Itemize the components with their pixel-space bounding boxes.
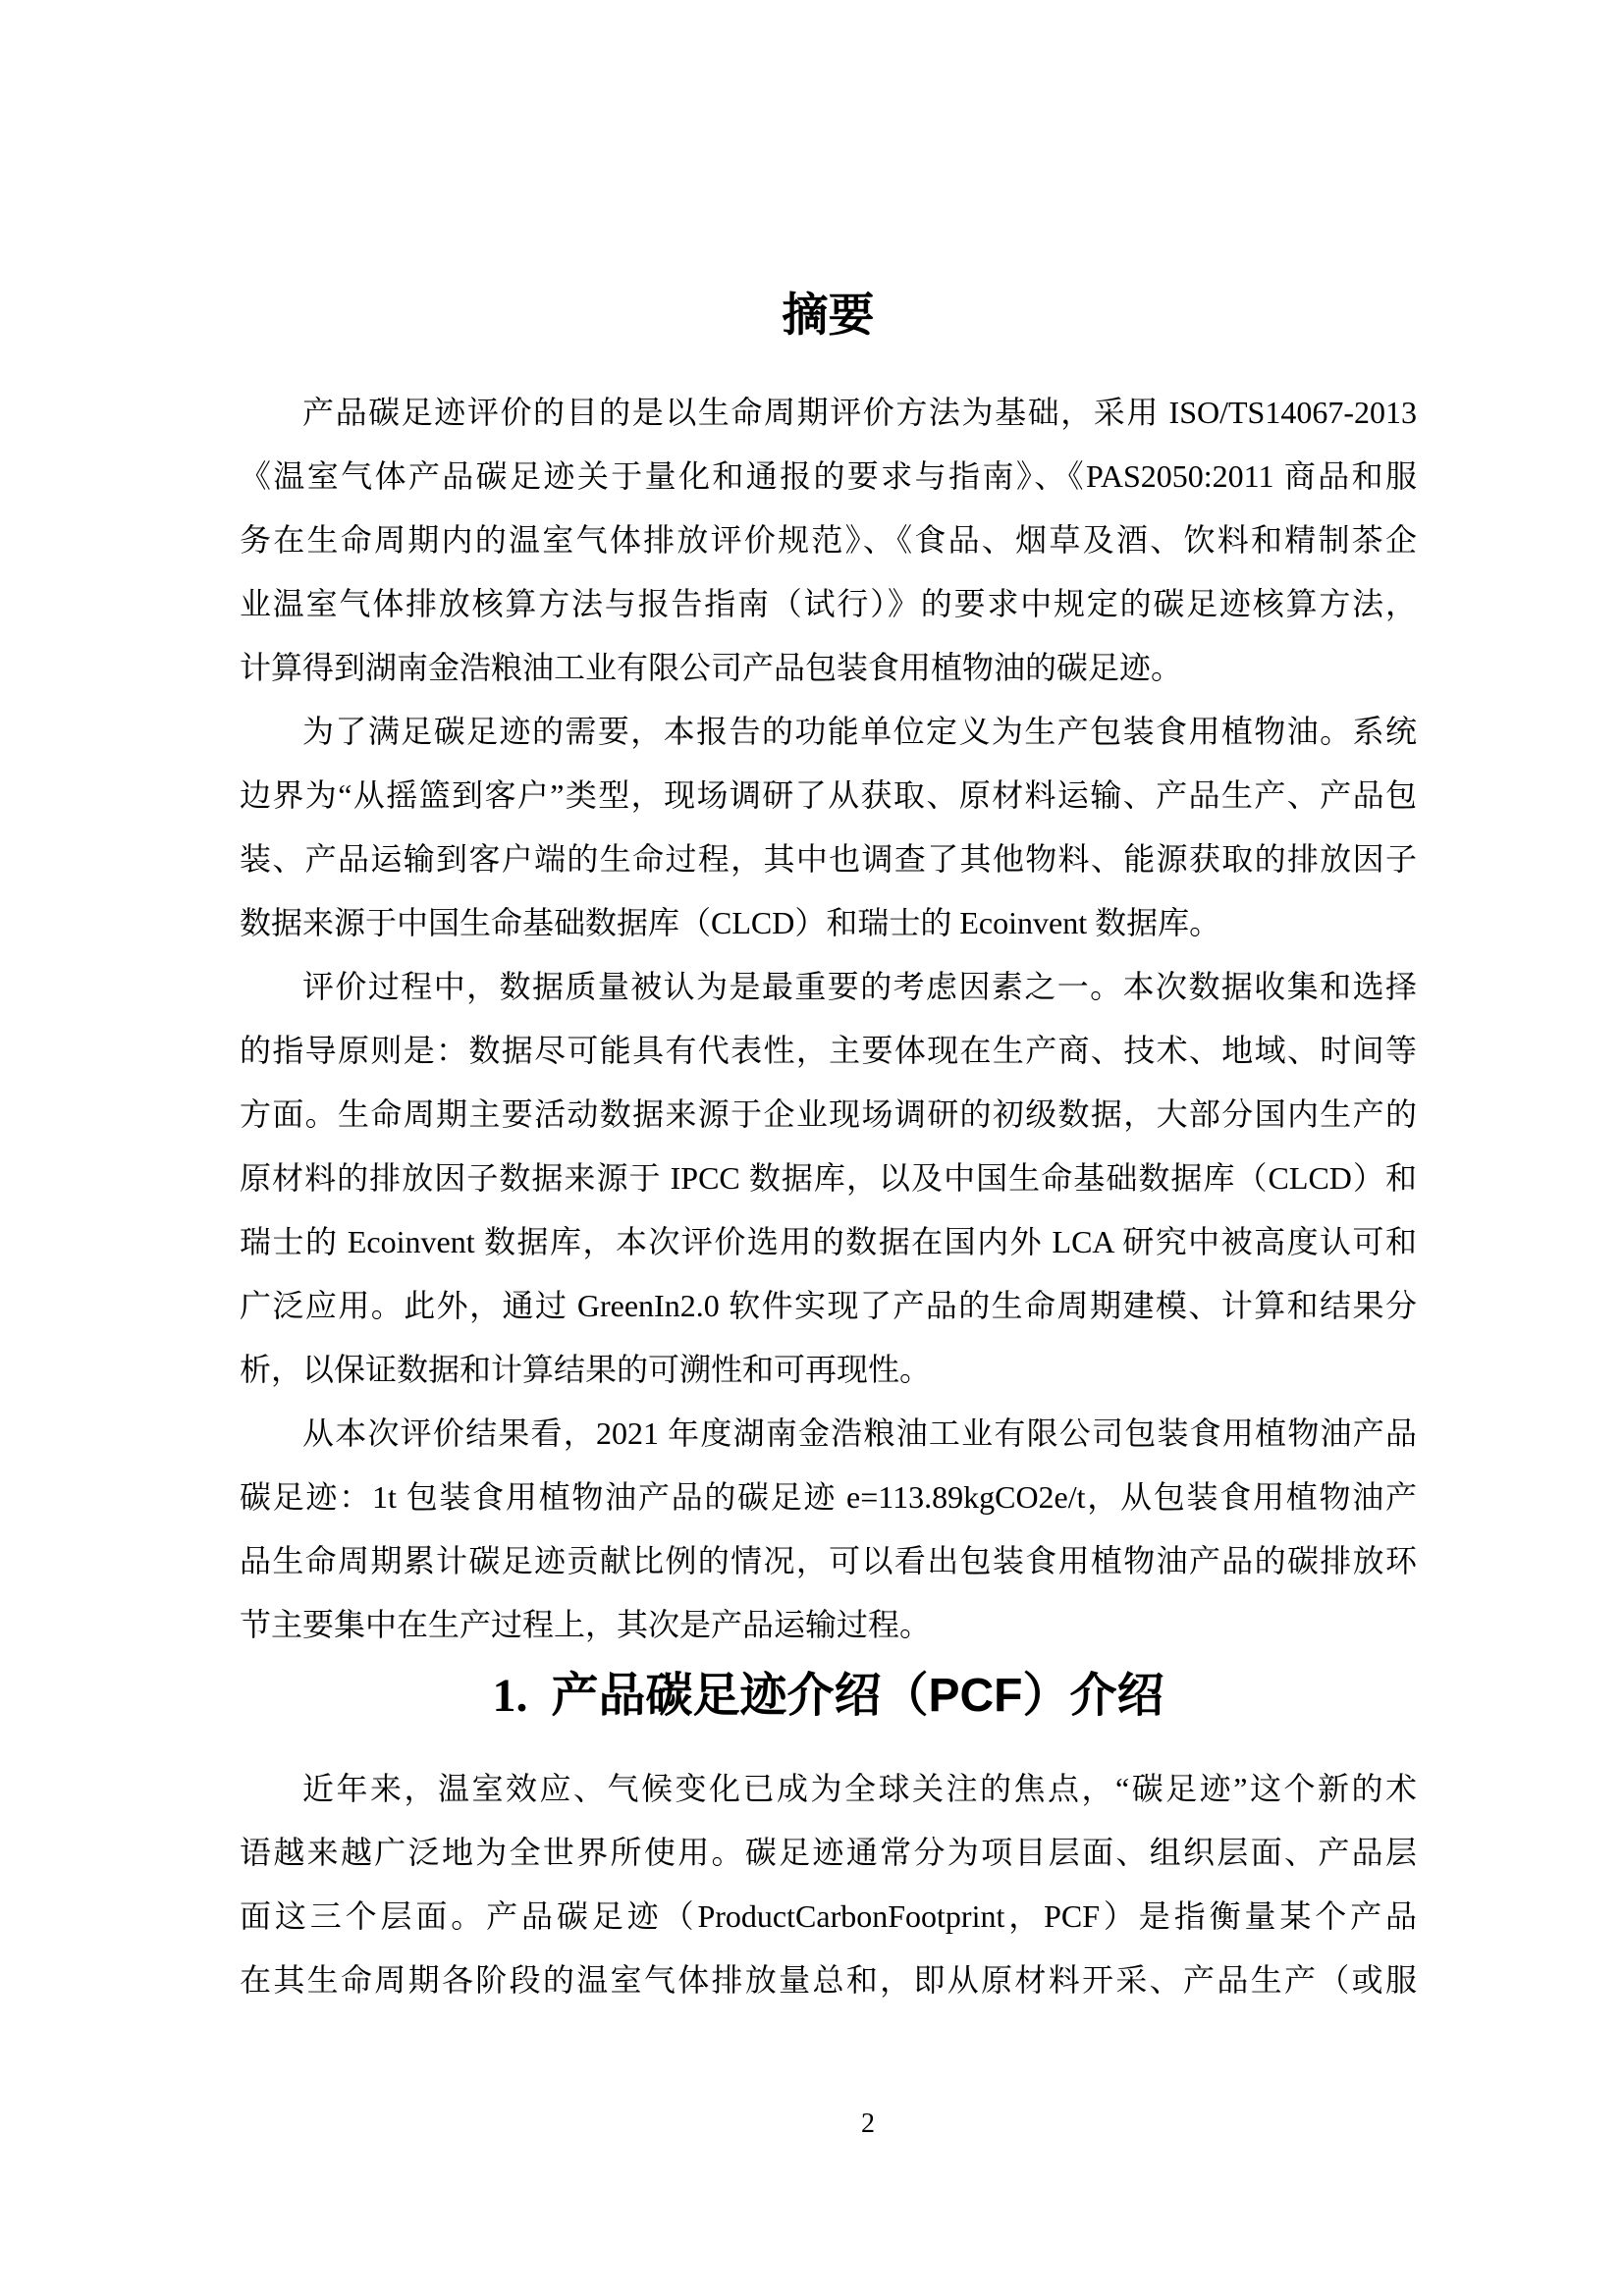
text-line: 语越来越广泛地为全世界所使用。碳足迹通常分为项目层面、组织层面、产品层 — [240, 1821, 1417, 1885]
section-1-title: 产品碳足迹介绍（PCF）介绍 — [551, 1670, 1163, 1722]
text-line: 面这三个层面。产品碳足迹（ProductCarbonFootprint，PCF）… — [240, 1885, 1417, 1949]
text-line: 节主要集中在生产过程上，其次是产品运输过程。 — [240, 1593, 1417, 1657]
text-line: 瑞士的 Ecoinvent 数据库，本次评价选用的数据在国内外 LCA 研究中被… — [240, 1210, 1417, 1274]
section-1-heading: 1.产品碳足迹介绍（PCF）介绍 — [240, 1669, 1417, 1723]
abstract-paragraph-3: 评价过程中，数据质量被认为是最重要的考虑因素之一。本次数据收集和选择的指导原则是… — [240, 955, 1417, 1402]
text-line: 广泛应用。此外，通过 GreenIn2.0 软件实现了产品的生命周期建模、计算和… — [240, 1274, 1417, 1338]
text-line: 方面。生命周期主要活动数据来源于企业现场调研的初级数据，大部分国内生产的 — [240, 1083, 1417, 1147]
document-page: 摘要 产品碳足迹评价的目的是以生命周期评价方法为基础，采用 ISO/TS1406… — [0, 0, 1623, 2296]
text-line: 边界为“从摇篮到客户”类型，现场调研了从获取、原材料运输、产品生产、产品包 — [240, 764, 1417, 828]
text-line: 为了满足碳足迹的需要，本报告的功能单位定义为生产包装食用植物油。系统 — [240, 700, 1417, 764]
text-line: 近年来，温室效应、气候变化已成为全球关注的焦点，“碳足迹”这个新的术 — [240, 1757, 1417, 1821]
section-1-number: 1. — [492, 1670, 527, 1722]
text-line: 析，以保证数据和计算结果的可溯性和可再现性。 — [240, 1338, 1417, 1402]
page-content: 摘要 产品碳足迹评价的目的是以生命周期评价方法为基础，采用 ISO/TS1406… — [240, 0, 1417, 2012]
text-line: 《温室气体产品碳足迹关于量化和通报的要求与指南》、《PAS2050:2011 商… — [240, 445, 1417, 508]
text-line: 装、产品运输到客户端的生命过程，其中也调查了其他物料、能源获取的排放因子 — [240, 828, 1417, 891]
text-line: 计算得到湖南金浩粮油工业有限公司产品包装食用植物油的碳足迹。 — [240, 636, 1417, 700]
text-line: 的指导原则是：数据尽可能具有代表性，主要体现在生产商、技术、地域、时间等 — [240, 1019, 1417, 1083]
text-line: 评价过程中，数据质量被认为是最重要的考虑因素之一。本次数据收集和选择 — [240, 955, 1417, 1019]
text-line: 在其生命周期各阶段的温室气体排放量总和，即从原材料开采、产品生产（或服 — [240, 1949, 1417, 2012]
page-number: 2 — [0, 2105, 1623, 2144]
abstract-paragraph-4: 从本次评价结果看，2021 年度湖南金浩粮油工业有限公司包装食用植物油产品碳足迹… — [240, 1402, 1417, 1657]
abstract-paragraph-2: 为了满足碳足迹的需要，本报告的功能单位定义为生产包装食用植物油。系统边界为“从摇… — [240, 700, 1417, 955]
text-line: 务在生命周期内的温室气体排放评价规范》、《食品、烟草及酒、饮料和精制茶企 — [240, 508, 1417, 572]
text-line: 产品碳足迹评价的目的是以生命周期评价方法为基础，采用 ISO/TS14067-2… — [240, 381, 1417, 445]
page-title: 摘要 — [240, 288, 1417, 342]
abstract-paragraph-1: 产品碳足迹评价的目的是以生命周期评价方法为基础，采用 ISO/TS14067-2… — [240, 381, 1417, 700]
text-line: 原材料的排放因子数据来源于 IPCC 数据库，以及中国生命基础数据库（CLCD）… — [240, 1147, 1417, 1210]
text-line: 品生命周期累计碳足迹贡献比例的情况，可以看出包装食用植物油产品的碳排放环 — [240, 1529, 1417, 1593]
text-line: 碳足迹：1t 包装食用植物油产品的碳足迹 e=113.89kgCO2e/t，从包… — [240, 1466, 1417, 1529]
section-1-paragraph-1: 近年来，温室效应、气候变化已成为全球关注的焦点，“碳足迹”这个新的术语越来越广泛… — [240, 1757, 1417, 2012]
text-line: 数据来源于中国生命基础数据库（CLCD）和瑞士的 Ecoinvent 数据库。 — [240, 891, 1417, 955]
text-line: 业温室气体排放核算方法与报告指南（试行）》的要求中规定的碳足迹核算方法， — [240, 572, 1417, 636]
text-line: 从本次评价结果看，2021 年度湖南金浩粮油工业有限公司包装食用植物油产品 — [240, 1402, 1417, 1466]
